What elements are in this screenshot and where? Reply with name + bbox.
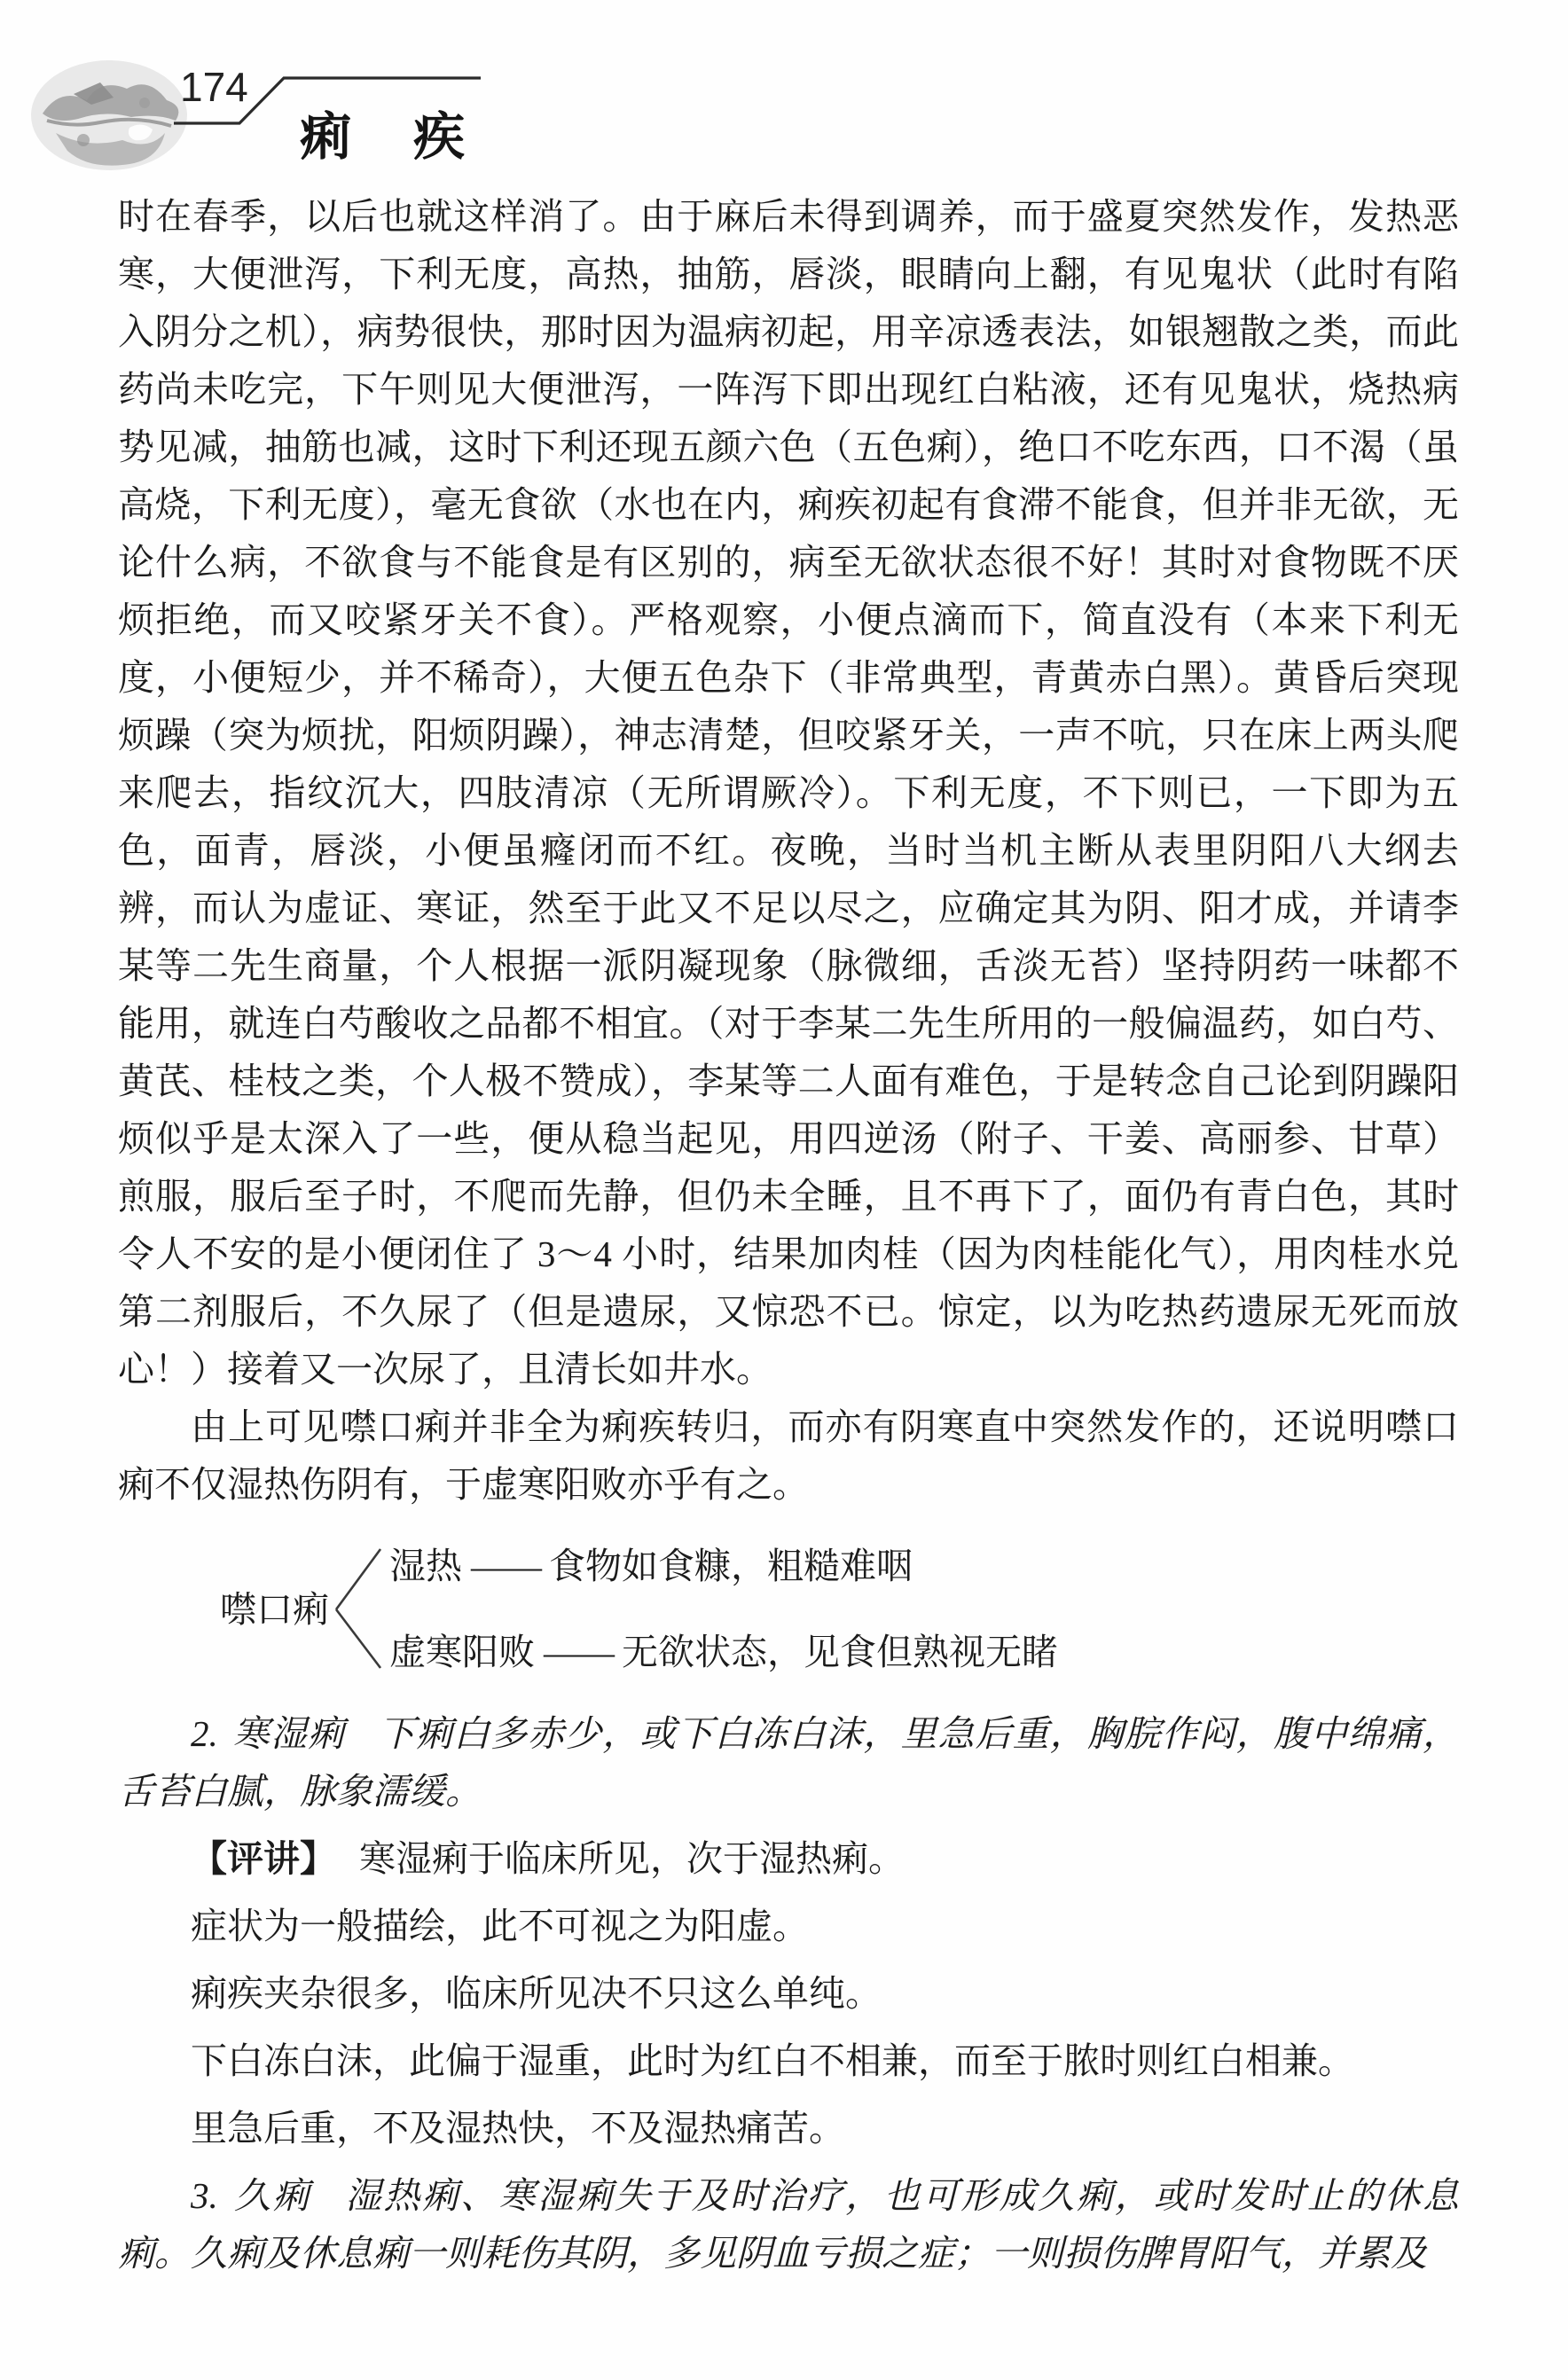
comment-line-2: 症状为一般描绘，此不可视之为阳虚。: [118, 1898, 1459, 1955]
branch-connector: ——: [471, 1546, 540, 1586]
item-number: 2.: [191, 1713, 218, 1754]
page-body: 时在春季，以后也就这样消了。由于麻后未得到调养，而于盛夏突然发作，发热恶寒，大便…: [118, 188, 1459, 2282]
item-2-cold-damp-dysentery: 2.寒湿痢下痢白多赤少，或下白冻白沫，里急后重，胸脘作闷，腹中绵痛，舌苔白腻，脉…: [118, 1705, 1459, 1820]
book-page: 174 痢疾 时在春季，以后也就这样消了。由于麻后未得到调养，而于盛夏突然发作，…: [0, 0, 1568, 2380]
comment-text: 寒湿痢于临床所见，次于湿热痢。: [359, 1838, 905, 1879]
jinkouli-diagram: 噤口痢 湿热——食物如食糠，粗糙难咽 虚寒阳败——无欲状态，见食但熟视无睹: [220, 1535, 1459, 1684]
diagram-branch-deficiency-cold: 虚寒阳败——无欲状态，见食但熟视无睹: [389, 1624, 1058, 1681]
diagram-root-label: 噤口痢: [220, 1581, 329, 1639]
item-title: 久痢: [232, 2175, 311, 2216]
branch-connector: ——: [544, 1632, 613, 1672]
item-number: 3.: [191, 2175, 218, 2216]
comment-line-4: 下白冻白沫，此偏于湿重，此时为红白不相兼，而至于脓时则红白相兼。: [118, 2032, 1459, 2090]
comment-line-1: 【评讲】寒湿痢于临床所见，次于湿热痢。: [118, 1830, 1459, 1888]
item-3-chronic-dysentery: 3.久痢湿热痢、寒湿痢失于及时治疗，也可形成久痢，或时发时止的休息痢。久痢及休息…: [118, 2167, 1459, 2282]
paragraph-case-narrative: 时在春季，以后也就这样消了。由于麻后未得到调养，而于盛夏突然发作，发热恶寒，大便…: [118, 188, 1459, 1398]
comment-line-5: 里急后重，不及湿热快，不及湿热痛苦。: [118, 2100, 1459, 2157]
branch-cause: 湿热: [389, 1546, 462, 1586]
branch-cause: 虚寒阳败: [389, 1632, 535, 1672]
diagram-branch-damp-heat: 湿热——食物如食糠，粗糙难咽: [389, 1538, 1058, 1595]
item-text: 湿热痢、寒湿痢失于及时治疗，也可形成久痢，或时发时止的休息痢。久痢及休息痢一则耗…: [118, 2175, 1459, 2274]
branch-effect: 食物如食糠，粗糙难咽: [549, 1546, 913, 1586]
diagram-branches: 湿热——食物如食糠，粗糙难咽 虚寒阳败——无欲状态，见食但熟视无睹: [389, 1538, 1058, 1681]
comment-label: 【评讲】: [191, 1838, 336, 1879]
paragraph-summary: 由上可见噤口痢并非全为痢疾转归，而亦有阴寒直中突然发作的，还说明噤口痢不仅湿热伤…: [118, 1398, 1459, 1514]
branch-fork-lines: [334, 1535, 384, 1684]
comment-line-3: 痢疾夹杂很多，临床所见决不只这么单纯。: [118, 1965, 1459, 2023]
branch-effect: 无欲状态，见食但熟视无睹: [622, 1632, 1058, 1672]
item-title: 寒湿痢: [232, 1713, 345, 1754]
chapter-title: 痢疾: [300, 110, 527, 165]
page-number: 174: [180, 66, 248, 108]
